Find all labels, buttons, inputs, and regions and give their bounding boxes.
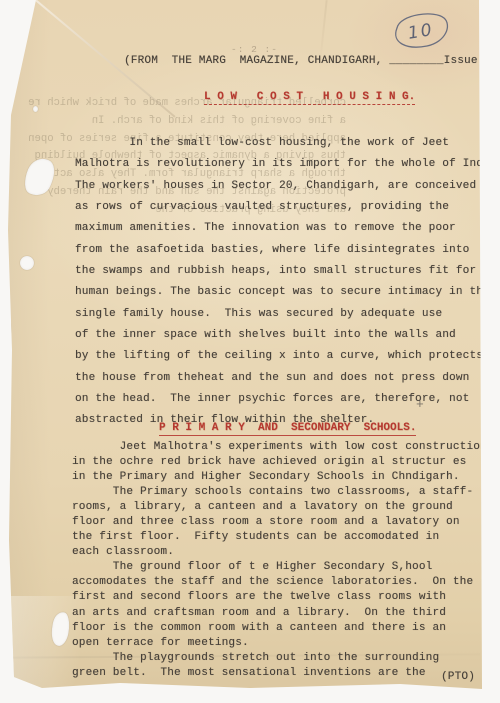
heading-low-cost-housing: L O W C O S T H O U S I N G. (204, 91, 415, 105)
typed-line: in the Primary and Higher Secondary Scho… (72, 470, 487, 485)
typed-line: the house from theheat and the sun and d… (75, 368, 490, 389)
typed-line: as rows of curvacious vaulted structures… (75, 197, 490, 218)
paragraph-low-cost-housing: In the small low-cost housing, the work … (75, 133, 490, 432)
typed-line: green belt. The most sensational inventi… (72, 666, 487, 681)
scan-background: corbelled triangular arches made of bric… (0, 0, 500, 703)
typed-line: maximum amenities. The innovation was to… (75, 218, 490, 239)
typed-line: from the asafoetida basties, where life … (75, 240, 490, 261)
typed-line: on the head. The inner psychic forces ar… (75, 389, 490, 410)
bleedthrough-line: a fine covering of this kind of arch. In (28, 113, 346, 131)
typed-line: The workers' houses in Sector 20, Chandi… (75, 176, 490, 197)
torn-hole (33, 106, 38, 112)
typed-line: The Primary schools contains two classro… (72, 485, 487, 500)
page-number-text: 10 (407, 20, 435, 44)
typed-line: the swamps and rubbish heaps, into small… (75, 261, 490, 282)
typed-line: first and second floors are the twelve c… (72, 590, 487, 605)
torn-edge-notch (2, 316, 11, 340)
typed-line: in the ochre red brick have achieved ori… (72, 455, 487, 470)
typed-line: open terrace for meetings. (72, 636, 487, 651)
typed-line: single family house. This was secured by… (75, 304, 490, 325)
typed-line: accomodates the staff and the science la… (72, 575, 487, 590)
typed-line: the first floor. Fifty students can be a… (72, 530, 487, 545)
punch-hole (20, 256, 34, 270)
pencil-plus-mark: + (416, 397, 424, 412)
typed-line: In the small low-cost housing, the work … (75, 133, 490, 154)
typed-line: The playgrounds stretch out into the sur… (72, 651, 487, 666)
circled-page-number: 10 (383, 8, 457, 56)
typewritten-page: corbelled triangular arches made of bric… (0, 0, 500, 703)
paragraph-schools: Jeet Malhotra's experiments with low cos… (72, 440, 487, 681)
typed-line: by the lifting of the ceiling x into a c… (75, 346, 490, 367)
typed-line: each classroom. (72, 545, 487, 560)
typed-line: rooms, a library, a canteen and a lavato… (72, 500, 487, 515)
faint-page-mark: -: 2 :- (231, 44, 278, 55)
typed-line: Malhotra is revolutionery in its import … (75, 154, 490, 175)
typed-line: an arts and craftsman room and a library… (72, 606, 487, 621)
heading-primary-secondary-schools: P R I M A R Y AND SECONDARY SCHOOLS. (159, 422, 416, 436)
typed-line: of the inner space with shelves built in… (75, 325, 490, 346)
pto-mark: (PTO) (441, 671, 475, 683)
source-attribution-line: (FROM THE MARG MAGAZINE, CHANDIGARH, ___… (124, 55, 484, 67)
typed-line: floor is the common room with a canteen … (72, 621, 487, 636)
typed-line: Jeet Malhotra's experiments with low cos… (72, 440, 487, 455)
typed-line: human beings. The basic concept was to s… (75, 282, 490, 303)
typed-line: The ground floor of t e Higher Secondary… (72, 560, 487, 575)
typed-line: floor and three class room a store room … (72, 515, 487, 530)
